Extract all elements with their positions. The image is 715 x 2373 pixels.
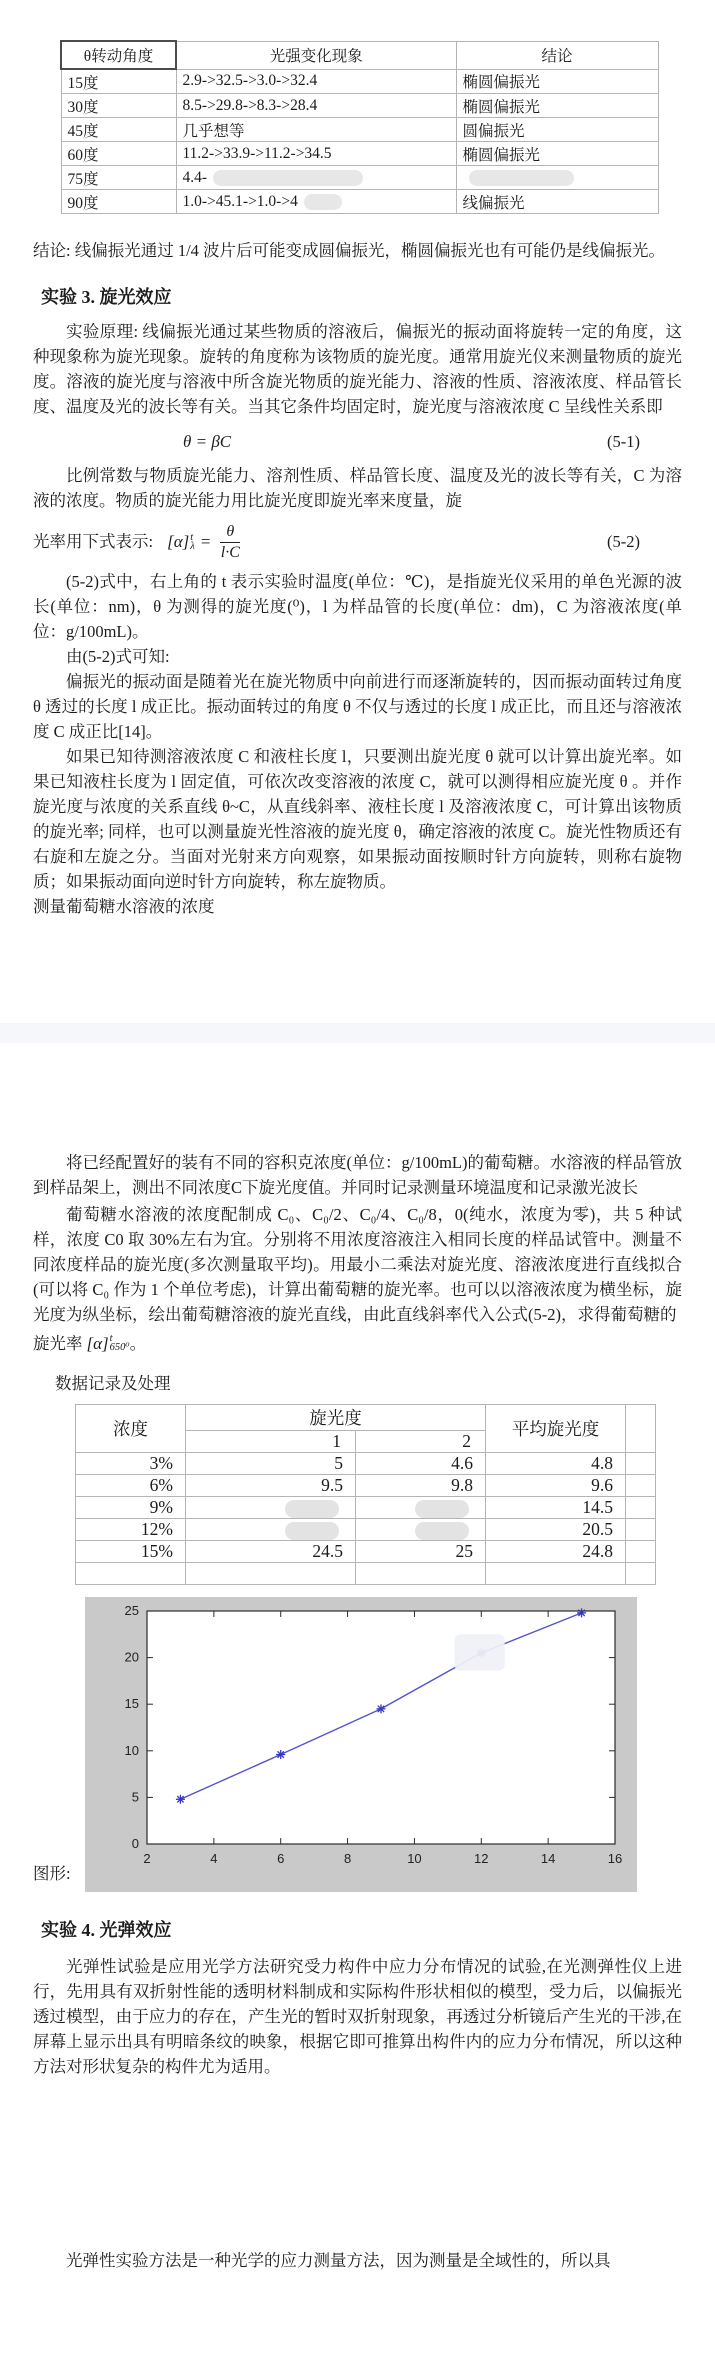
chart-svg: 2468101214160510152025 <box>85 1597 637 1892</box>
table1-value: 75度 <box>68 171 99 188</box>
photoelastic-paragraph: 光弹性试验是应用光学方法研究受力构件中应力分布情况的试验,在光测弹性仪上进行，先… <box>33 1954 682 2079</box>
y-tick-label: 10 <box>125 1743 139 1758</box>
table1-cell-conclusion <box>456 166 658 190</box>
page-break-band <box>0 1023 715 1043</box>
table2-cell-extra <box>626 1497 656 1519</box>
y-tick-label: 25 <box>125 1603 139 1618</box>
table1-cell-conclusion: 椭圆偏振光 <box>456 69 658 94</box>
table2-cell-trial2: 4.6 <box>356 1453 486 1475</box>
x-tick-label: 10 <box>407 1851 421 1866</box>
redacted-blob <box>469 170 574 186</box>
table1-value: 线偏振光 <box>463 195 525 212</box>
table2-header-concentration: 浓度 <box>76 1405 186 1453</box>
table2-cell-concentration: 15% <box>76 1541 186 1563</box>
figure-label: 图形: <box>33 1860 71 1884</box>
proportional-paragraph: 比例常数与物质旋光能力、溶剂性质、样品管长度、温度及光的波长等有关，C 为溶液的… <box>33 463 682 513</box>
table2-cell-trial1: 5 <box>186 1453 356 1475</box>
table2-header-rotation: 旋光度 <box>186 1405 486 1431</box>
document-content: θ转动角度 光强变化现象 结论 15度2.9->32.5->3.0->32.4椭… <box>0 0 715 2273</box>
measure-glucose-line: 测量葡萄糖水溶液的浓度 <box>33 894 682 919</box>
known-c-paragraph: 如果已知待测溶液浓度 C 和液柱长度 l，只要测出旋光度 θ 就可以计算出旋光率… <box>33 744 682 894</box>
table2-cell-trial2: 25 <box>356 1541 486 1563</box>
table2-cell-average <box>486 1563 626 1585</box>
table1-cell-angle: 30度 <box>61 94 176 118</box>
data-marker <box>176 1795 185 1804</box>
table1-value: 椭圆偏振光 <box>463 74 541 91</box>
table2-header-trial2: 2 <box>356 1431 486 1453</box>
data-marker <box>577 1608 586 1617</box>
table2-row: 12%20.5 <box>76 1519 656 1541</box>
prepare-paragraph: 将已经配置好的装有不同的容积克浓度(单位：g/100mL)的葡萄糖。水溶液的样品… <box>33 1150 682 1200</box>
redacted-blob <box>285 1522 339 1540</box>
table2-cell-trial2 <box>356 1497 486 1519</box>
table2-cell-concentration: 9% <box>76 1497 186 1519</box>
rotation-rate-line: 旋光率 [α]t650⁰ 。 <box>33 1327 682 1359</box>
table1-row: 90度1.0->45.1->1.0->4线偏振光 <box>61 190 658 214</box>
table1-cell-conclusion: 椭圆偏振光 <box>456 142 658 166</box>
document-page: θ转动角度 光强变化现象 结论 15度2.9->32.5->3.0->32.4椭… <box>0 0 715 2373</box>
table1-row: 60度11.2->33.9->11.2->34.5椭圆偏振光 <box>61 142 658 166</box>
alpha-bracket: [α] <box>167 528 189 556</box>
table2-cell-extra <box>626 1453 656 1475</box>
table1-cell-angle: 90度 <box>61 190 176 214</box>
fraction-numerator: θ <box>220 523 240 543</box>
table1-header-phenomenon: 光强变化现象 <box>176 41 456 69</box>
x-tick-label: 16 <box>608 1851 622 1866</box>
experiment3-heading: 实验 3. 旋光效应 <box>41 285 682 309</box>
table2-cell-concentration: 6% <box>76 1475 186 1497</box>
table1-value: 11.2->33.9->11.2->34.5 <box>183 145 332 162</box>
table2-cell-trial1 <box>186 1563 356 1585</box>
table2-cell-trial1: 9.5 <box>186 1475 356 1497</box>
equation-5-1-expression: θ = βC <box>183 428 231 456</box>
table1-cell-angle: 60度 <box>61 142 176 166</box>
figure: 图形: 2468101214160510152025 <box>33 1597 682 1892</box>
formula-explain-paragraph: (5-2)式中，右上角的 t 表示实验时温度(单位：℃)，是指旋光仪采用的单色光… <box>33 569 682 644</box>
table2-cell-extra <box>626 1519 656 1541</box>
x-tick-label: 2 <box>143 1851 150 1866</box>
table1-cell-conclusion: 椭圆偏振光 <box>456 94 658 118</box>
rotation-rate-tail: 。 <box>130 1331 147 1356</box>
table1-row: 45度几乎想等圆偏振光 <box>61 118 658 142</box>
bottom-cutoff-paragraph: 光弹性实验方法是一种光学的应力测量方法，因为测量是全域性的，所以具 <box>33 2248 682 2273</box>
table2-cell-trial2 <box>356 1519 486 1541</box>
table2-row: 15%24.52524.8 <box>76 1541 656 1563</box>
rotation-rate-lead: 旋光率 <box>33 1331 83 1356</box>
table1-value: 4.4- <box>183 169 208 186</box>
from-52-paragraph: 由(5-2)式可知: <box>33 644 682 669</box>
table2-row: 6%9.59.89.6 <box>76 1475 656 1497</box>
table1-cell-phenomenon: 几乎想等 <box>176 118 456 142</box>
alpha-sub: λ <box>190 542 195 551</box>
table2-cell-trial2: 9.8 <box>356 1475 486 1497</box>
alpha-650-formula: [α]t650⁰ <box>87 1331 130 1356</box>
table1-value: 椭圆偏振光 <box>463 147 541 164</box>
experiment4-heading: 实验 4. 光弹效应 <box>41 1918 682 1942</box>
x-tick-label: 6 <box>277 1851 284 1866</box>
conclusion-paragraph: 结论: 线偏振光通过 1/4 波片后可能变成圆偏振光，椭圆偏振光也有可能仍是线偏… <box>33 238 682 263</box>
table1-value: 45度 <box>68 123 99 140</box>
rotation-concentration-chart: 2468101214160510152025 <box>85 1597 637 1892</box>
table1-header-angle: θ转动角度 <box>61 41 176 69</box>
table2-header-row1: 浓度 旋光度 平均旋光度 <box>76 1405 656 1431</box>
table1-cell-phenomenon: 4.4- <box>176 166 456 190</box>
table1-value: 圆偏振光 <box>463 123 525 140</box>
table2-cell-trial1: 24.5 <box>186 1541 356 1563</box>
table1-value: 8.5->29.8->8.3->28.4 <box>183 97 318 114</box>
table1-cell-conclusion: 线偏振光 <box>456 190 658 214</box>
principle-paragraph: 实验原理: 线偏振光通过某些物质的溶液后，偏振光的振动面将旋转一定的角度，这种现… <box>33 319 682 419</box>
alpha-bracket-650: [α] <box>87 1331 109 1356</box>
alpha-650-sub: 650⁰ <box>110 1343 130 1352</box>
table2-cell-trial1 <box>186 1497 356 1519</box>
x-tick-label: 8 <box>344 1851 351 1866</box>
data-marker <box>276 1750 285 1759</box>
table1-cell-angle: 45度 <box>61 118 176 142</box>
table1-value: 15度 <box>68 75 99 92</box>
x-tick-label: 12 <box>474 1851 488 1866</box>
table1-value: 2.9->32.5->3.0->32.4 <box>183 72 318 89</box>
table1-header-conclusion: 结论 <box>456 41 658 69</box>
table2-cell-concentration: 12% <box>76 1519 186 1541</box>
alpha-650-supsub: t650⁰ <box>110 1334 130 1352</box>
x-tick-label: 4 <box>210 1851 217 1866</box>
table2-cell-extra <box>626 1563 656 1585</box>
table2-cell-average: 20.5 <box>486 1519 626 1541</box>
page-gap-spacer <box>33 919 682 1023</box>
polarization-observation-table: θ转动角度 光强变化现象 结论 15度2.9->32.5->3.0->32.4椭… <box>60 40 659 214</box>
table2-header-average: 平均旋光度 <box>486 1405 626 1453</box>
vibration-paragraph: 偏振光的振动面是随着光在旋光物质中向前进行而逐渐旋转的，因而振动面转过角度 θ … <box>33 669 682 744</box>
fraction-denominator: l·C <box>220 543 240 562</box>
redacted-blob <box>415 1500 469 1518</box>
data-processing-line: 数据记录及处理 <box>33 1371 682 1396</box>
table2-cell-concentration: 3% <box>76 1453 186 1475</box>
redacted-blob <box>213 170 363 186</box>
table1-row: 15度2.9->32.5->3.0->32.4椭圆偏振光 <box>61 69 658 94</box>
table1-header-row: θ转动角度 光强变化现象 结论 <box>61 41 658 69</box>
table2-row: 9%14.5 <box>76 1497 656 1519</box>
table1-value: 几乎想等 <box>183 123 245 140</box>
rotation-data-table: 浓度 旋光度 平均旋光度 1 2 3%54.64.86%9.59.89.69%1… <box>75 1404 656 1585</box>
redacted-blob <box>415 1522 469 1540</box>
table2-cell-extra <box>626 1541 656 1563</box>
y-tick-label: 5 <box>132 1789 139 1804</box>
equals-sign: = <box>201 528 211 556</box>
glucose-series-paragraph: 葡萄糖水溶液的浓度配制成 C₀、C₀/2、C₀/4、C₀/8，0(纯水，浓度为零… <box>33 1202 682 1327</box>
alpha-supsub: tλ <box>190 533 195 551</box>
table2-cell-average: 24.8 <box>486 1541 626 1563</box>
table1-cell-phenomenon: 11.2->33.9->11.2->34.5 <box>176 142 456 166</box>
table1-value: 30度 <box>68 99 99 116</box>
table1-cell-phenomenon: 1.0->45.1->1.0->4 <box>176 190 456 214</box>
table1-value: 90度 <box>68 195 99 212</box>
table1-cell-conclusion: 圆偏振光 <box>456 118 658 142</box>
table1-value: 1.0->45.1->1.0->4 <box>183 193 298 210</box>
equation-5-1: θ = βC (5-1) <box>33 427 682 457</box>
equation-5-2-label: (5-2) <box>607 528 640 556</box>
table2-row <box>76 1563 656 1585</box>
chart-redacted-blob <box>455 1634 505 1670</box>
redacted-blob <box>285 1500 339 1518</box>
table2-cell-extra <box>626 1475 656 1497</box>
table1-cell-phenomenon: 8.5->29.8->8.3->28.4 <box>176 94 456 118</box>
table2-cell-average: 4.8 <box>486 1453 626 1475</box>
table1-value: 椭圆偏振光 <box>463 99 541 116</box>
table2-cell-average: 9.6 <box>486 1475 626 1497</box>
table1-row: 30度8.5->29.8->8.3->28.4椭圆偏振光 <box>61 94 658 118</box>
table2-header-extra <box>626 1405 656 1453</box>
x-tick-label: 14 <box>541 1851 555 1866</box>
equation-5-1-label: (5-1) <box>607 428 640 456</box>
table2-cell-concentration <box>76 1563 186 1585</box>
table1-cell-angle: 15度 <box>61 69 176 94</box>
fraction: θl·C <box>220 523 240 562</box>
table2-cell-trial1 <box>186 1519 356 1541</box>
equation-5-2-prefix: 光率用下式表示: <box>33 528 153 556</box>
chart-plot-area <box>147 1611 615 1844</box>
redacted-blob <box>304 194 342 210</box>
y-tick-label: 0 <box>132 1836 139 1851</box>
data-marker <box>377 1704 386 1713</box>
table1-cell-angle: 75度 <box>61 166 176 190</box>
table2-cell-average: 14.5 <box>486 1497 626 1519</box>
table2-row: 3%54.64.8 <box>76 1453 656 1475</box>
table2-header-trial1: 1 <box>186 1431 356 1453</box>
y-tick-label: 20 <box>125 1650 139 1665</box>
equation-5-2: 光率用下式表示: [α]tλ = θl·C (5-2) <box>33 517 682 567</box>
table1-row: 75度4.4- <box>61 166 658 190</box>
equation-5-2-expression: [α]tλ = θl·C <box>167 523 244 562</box>
table1-value: 60度 <box>68 147 99 164</box>
table1-cell-phenomenon: 2.9->32.5->3.0->32.4 <box>176 69 456 94</box>
table2-cell-trial2 <box>356 1563 486 1585</box>
y-tick-label: 15 <box>125 1696 139 1711</box>
